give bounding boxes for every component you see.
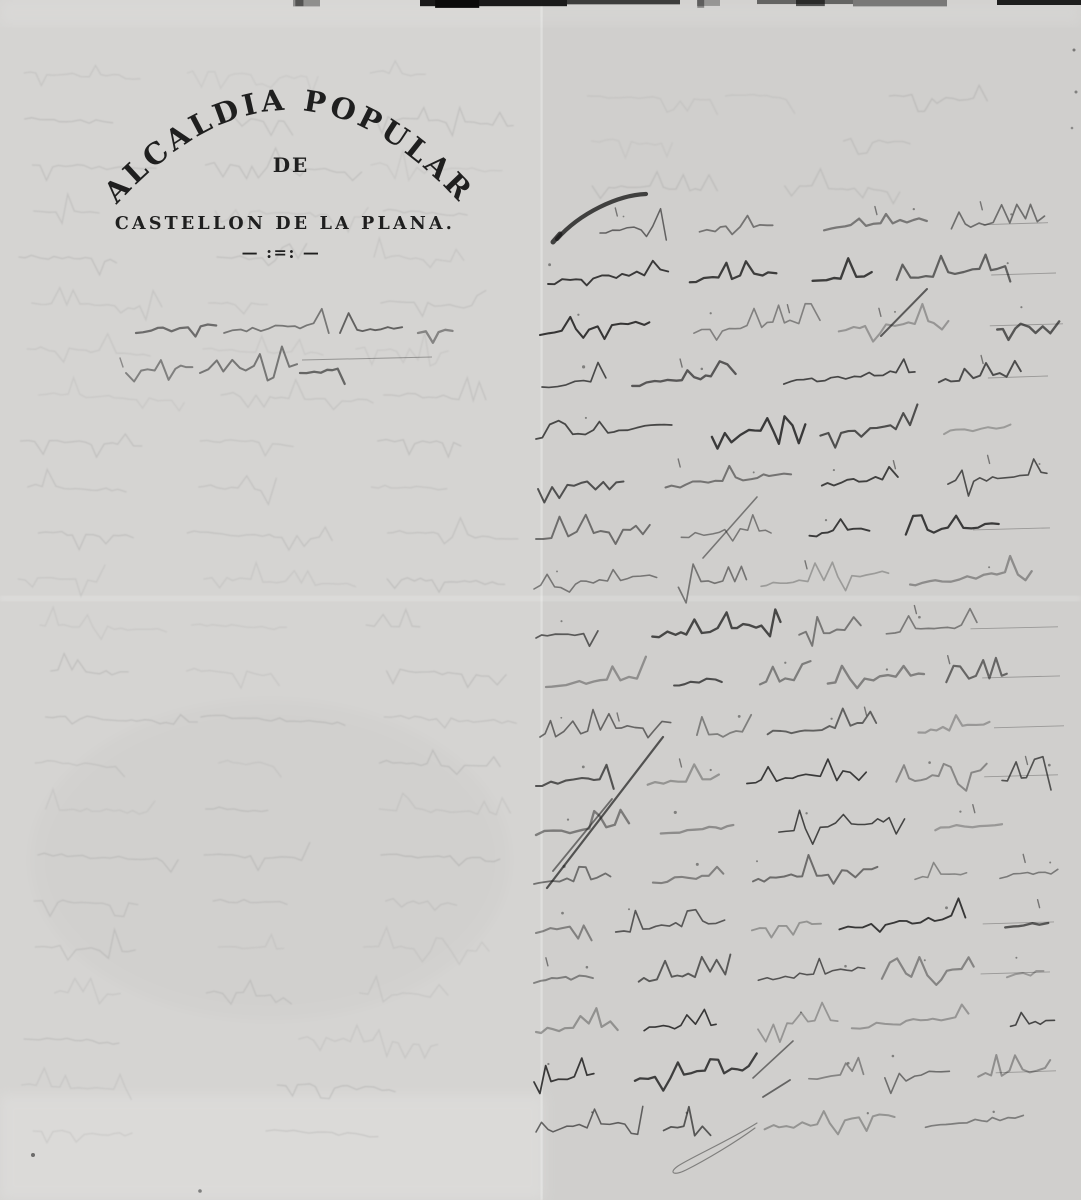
letterhead-city: CASTELLON DE LA PLANA. — [115, 214, 455, 234]
salutation-handwriting — [120, 309, 453, 384]
bottom-left-light-area — [0, 1095, 545, 1200]
scanned-letter-page: ALCALDIA POPULAR DE CASTELLON DE LA PLAN… — [0, 0, 1081, 1200]
letterhead-arc-title: ALCALDIA POPULAR — [96, 83, 481, 211]
letterhead-ornament: — :=: — — [242, 243, 321, 262]
scan-canvas: ALCALDIA POPULAR DE CASTELLON DE LA PLAN… — [0, 0, 1081, 1200]
letterhead-arc-text: ALCALDIA POPULAR — [96, 83, 481, 211]
letterhead-de: DE — [273, 153, 310, 177]
horizontal-fold-line — [0, 596, 1081, 601]
paper-mottle — [30, 700, 510, 1020]
